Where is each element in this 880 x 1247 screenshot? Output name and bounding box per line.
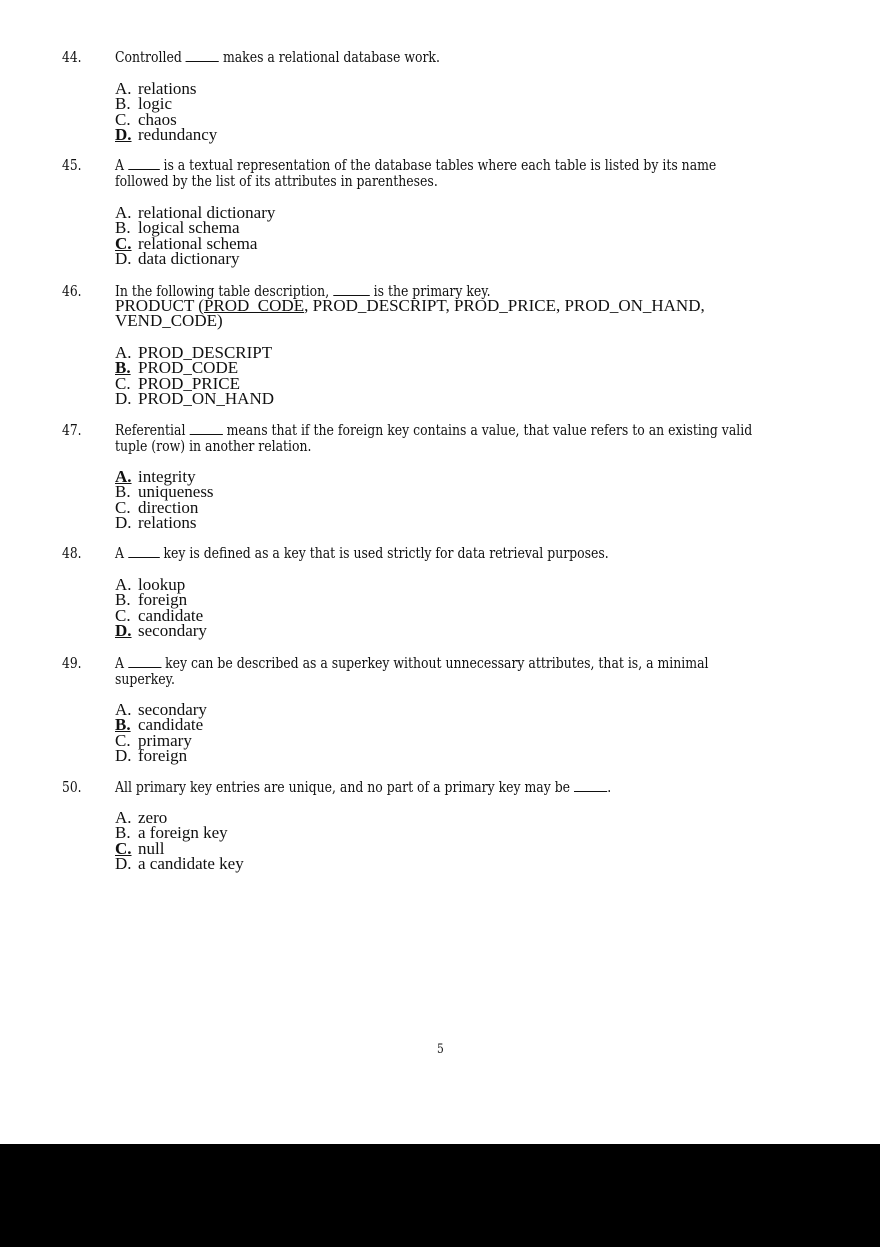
answer-blank bbox=[189, 422, 222, 435]
question-number: 45. bbox=[62, 157, 82, 174]
question-text: A key is defined as a key that is used s… bbox=[115, 545, 804, 561]
options-list: A.zero B.a foreign key C.null D.a candid… bbox=[115, 810, 244, 871]
options-list: A.lookup B.foreign C.candidate D.seconda… bbox=[115, 577, 207, 638]
options-list: A.secondary B.candidate C.primary D.fore… bbox=[115, 702, 207, 763]
question-number: 50. bbox=[62, 779, 82, 796]
question-number: 44. bbox=[62, 49, 82, 66]
options-list: A.PROD_DESCRIPT B.PROD_CODE C.PROD_PRICE… bbox=[115, 345, 274, 406]
option-d: D.a candidate key bbox=[115, 856, 244, 871]
options-list: A.relations B.logic C.chaos D.redundancy bbox=[115, 81, 217, 142]
page-number: 5 bbox=[437, 1042, 444, 1057]
question-number: 47. bbox=[62, 422, 82, 439]
schema-definition: PRODUCT (PROD_CODE, PROD_DESCRIPT, PROD_… bbox=[115, 298, 835, 329]
option-d: D.foreign bbox=[115, 748, 207, 763]
answer-blank bbox=[186, 49, 219, 62]
answer-blank bbox=[333, 283, 370, 296]
question-number: 48. bbox=[62, 545, 82, 562]
question-text: All primary key entries are unique, and … bbox=[115, 779, 804, 795]
options-list: A.integrity B.uniqueness C.direction D.r… bbox=[115, 469, 214, 530]
option-d: D.data dictionary bbox=[115, 251, 275, 266]
question-text: Referential means that if the foreign ke… bbox=[115, 422, 804, 454]
question-number: 49. bbox=[62, 655, 82, 672]
option-d: D.PROD_ON_HAND bbox=[115, 391, 274, 406]
option-d-correct: D.redundancy bbox=[115, 127, 217, 142]
option-b: B.a foreign key bbox=[115, 825, 244, 840]
question-number: 46. bbox=[62, 283, 82, 300]
option-d-correct: D.secondary bbox=[115, 623, 207, 638]
option-d: D.relations bbox=[115, 515, 214, 530]
answer-blank bbox=[574, 779, 607, 792]
question-text: A is a textual representation of the dat… bbox=[115, 157, 804, 189]
answer-blank bbox=[128, 157, 160, 170]
answer-blank bbox=[128, 655, 161, 668]
question-text: A key can be described as a superkey wit… bbox=[115, 655, 804, 687]
options-list: A.relational dictionary B.logical schema… bbox=[115, 205, 275, 266]
answer-blank bbox=[128, 545, 160, 558]
question-text: Controlled makes a relational database w… bbox=[115, 49, 804, 65]
document-page: 44. Controlled makes a relational databa… bbox=[0, 0, 880, 1144]
